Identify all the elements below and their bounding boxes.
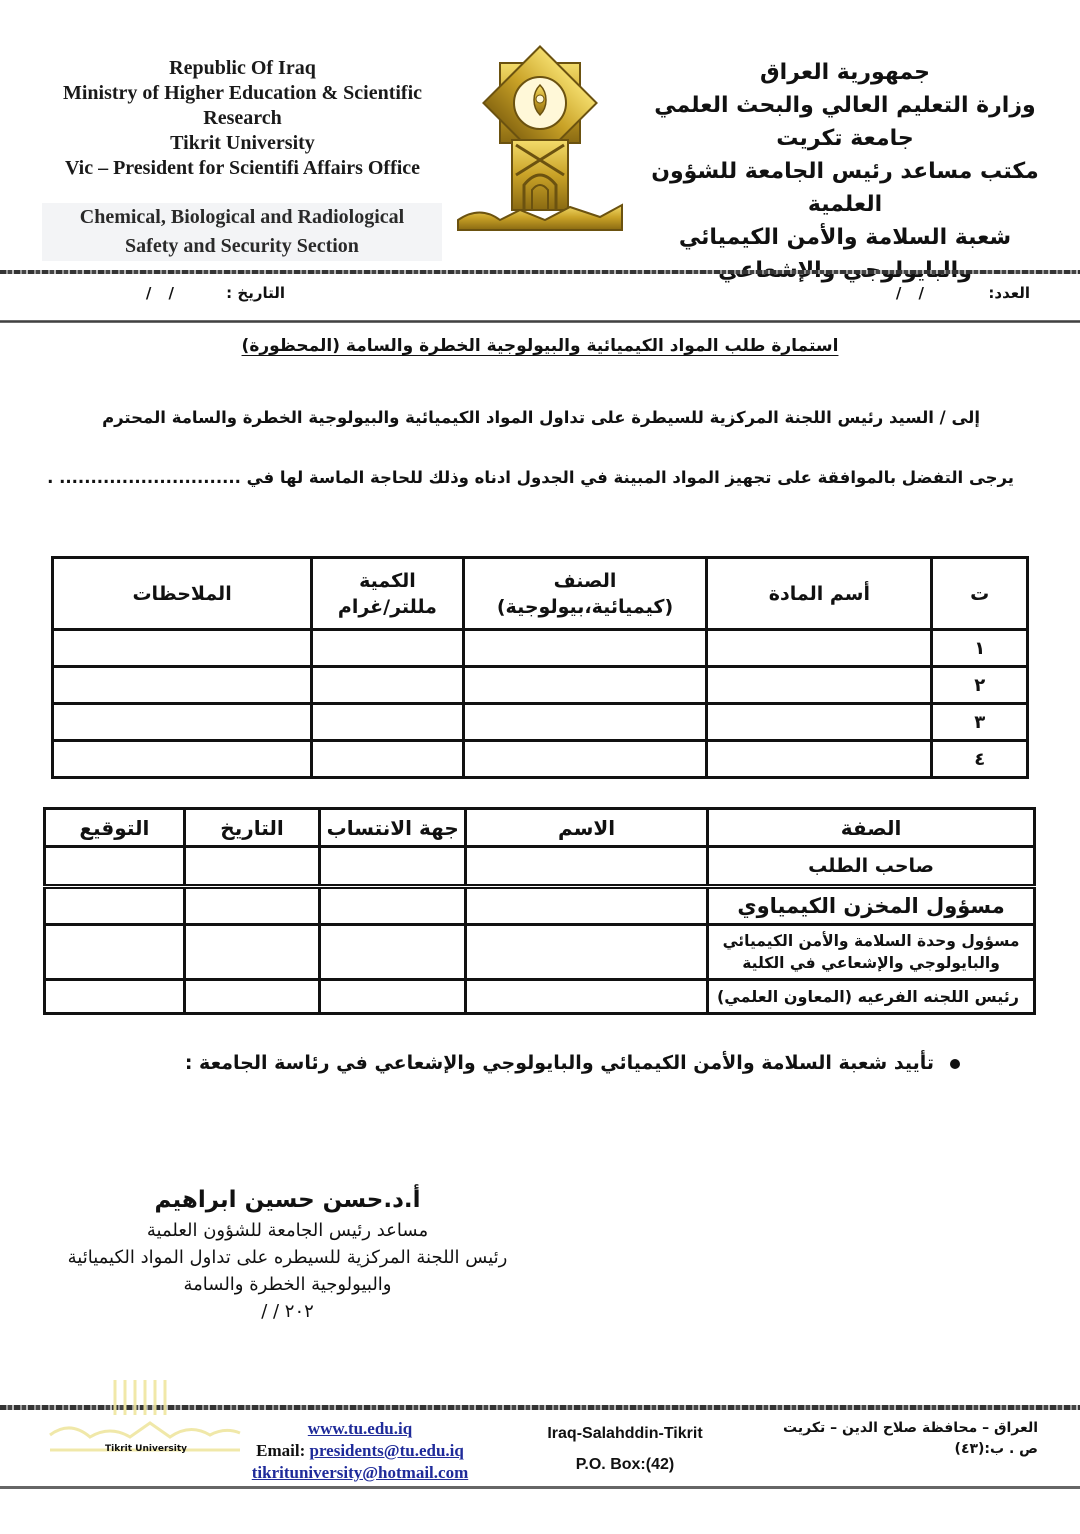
col-signature: التوقيع (45, 809, 185, 847)
col-name: الاسم (466, 809, 708, 847)
quantity-cell[interactable] (312, 704, 464, 741)
affiliation-cell[interactable] (320, 887, 466, 925)
signatory-name: أ.د.حسن حسين ابراهيم (40, 1183, 535, 1217)
role-line2: والبايولوجي والإشعاعي في الكلية (709, 952, 1033, 974)
letterhead-line: Ministry of Higher Education & Scientifi… (40, 81, 445, 106)
col-category-line1: الصنف (465, 568, 706, 594)
letterhead-line: Vic – President for Scientifi Affairs Of… (40, 156, 445, 181)
endorsement-item: تأييد شعبة السلامة والأمن الكيميائي والب… (185, 1052, 960, 1074)
affiliation-cell[interactable] (320, 847, 466, 887)
po-box: P.O. Box:(42) (520, 1449, 730, 1480)
date-cell[interactable] (184, 925, 320, 980)
email-link-presidents[interactable]: presidents@tu.edu.iq (309, 1441, 463, 1460)
endorsement-text: تأييد شعبة السلامة والأمن الكيميائي والب… (185, 1052, 934, 1074)
quantity-cell[interactable] (312, 630, 464, 667)
signatory-title: رئيس اللجنة المركزية للسيطره على تداول ا… (40, 1244, 535, 1271)
col-quantity-line1: الكمية (313, 568, 462, 594)
category-cell[interactable] (463, 704, 707, 741)
col-role: الصفة (708, 809, 1035, 847)
university-logo-icon (450, 45, 628, 245)
address-line: العراق – محافظة صلاح الدين – تكريت (783, 1418, 1038, 1439)
table-row: ٣ (53, 704, 1028, 741)
table-row: ٤ (53, 741, 1028, 778)
reference-divider (0, 320, 1080, 323)
quantity-cell[interactable] (312, 667, 464, 704)
signatory-title: والبيولوجية الخطرة والسامة (40, 1271, 535, 1298)
role-college-safety-officer: مسؤول وحدة السلامة والأمن الكيميائي والب… (708, 925, 1035, 980)
row-seq: ٤ (932, 741, 1028, 778)
footer-address-english: Iraq-Salahddin-Tikrit P.O. Box:(42) (520, 1418, 730, 1480)
form-title: استمارة طلب المواد الكيميائية والبيولوجي… (0, 336, 1080, 356)
date-label: التاريخ : (226, 284, 285, 302)
table-row: رئيس اللجنه الفرعيه (المعاون العلمي) (45, 980, 1035, 1014)
name-cell[interactable] (466, 980, 708, 1014)
row-seq: ٣ (932, 704, 1028, 741)
col-material-name: أسم المادة (707, 558, 932, 630)
letterhead-line: Tikrit University (40, 131, 445, 156)
email-link-hotmail[interactable]: tikrituniversity@hotmail.com (252, 1463, 468, 1482)
date-cell[interactable] (184, 847, 320, 887)
letterhead-line: جامعة تكريت (630, 122, 1060, 155)
signature-cell[interactable] (45, 887, 185, 925)
material-name-cell[interactable] (707, 704, 932, 741)
category-cell[interactable] (463, 667, 707, 704)
material-name-cell[interactable] (707, 630, 932, 667)
col-date: التاريخ (184, 809, 320, 847)
table-row: ١ (53, 630, 1028, 667)
footer-bottom-rule (0, 1486, 1080, 1489)
email-label: Email: (256, 1441, 305, 1460)
letterhead-line: جمهورية العراق (630, 56, 1060, 89)
section-name-box: Chemical, Biological and Radiological Sa… (42, 203, 442, 261)
footer-contact: www.tu.edu.iq Email: presidents@tu.edu.i… (240, 1418, 480, 1484)
letterhead-line: مكتب مساعد رئيس الجامعة للشؤون العلمية (630, 155, 1060, 221)
bullet-icon (950, 1059, 960, 1069)
section-line: Chemical, Biological and Radiological (42, 203, 442, 232)
role-chemical-store-officer: مسؤول المخزن الكيمياوي (708, 887, 1035, 925)
website-link[interactable]: www.tu.edu.iq (308, 1419, 412, 1438)
materials-table: ت أسم المادة الصنف (كيميائية،بيولوجية) ا… (51, 556, 1029, 779)
role-requester: صاحب الطلب (708, 847, 1035, 887)
table-row: مسؤول المخزن الكيمياوي (45, 887, 1035, 925)
letterhead-line: Research (40, 106, 445, 131)
row-seq: ١ (932, 630, 1028, 667)
letterhead-line: شعبة السلامة والأمن الكيميائي (630, 221, 1060, 254)
footer-logo-caption: Tikrit University (105, 1444, 187, 1454)
affiliation-cell[interactable] (320, 980, 466, 1014)
addressee-line: إلى / السيد رئيس اللجنة المركزية للسيطرة… (102, 408, 980, 427)
date-cell[interactable] (184, 887, 320, 925)
approvals-header-row: الصفة الاسم جهة الانتساب التاريخ التوقيع (45, 809, 1035, 847)
form-title-text: استمارة طلب المواد الكيميائية والبيولوجي… (242, 336, 839, 356)
col-category-line2: (كيميائية،بيولوجية) (465, 594, 706, 620)
arabic-letterhead: جمهورية العراق وزارة التعليم العالي والب… (630, 56, 1060, 287)
notes-cell[interactable] (53, 667, 312, 704)
notes-cell[interactable] (53, 741, 312, 778)
address-line: Iraq-Salahddin-Tikrit (520, 1418, 730, 1449)
notes-cell[interactable] (53, 630, 312, 667)
signature-cell[interactable] (45, 980, 185, 1014)
name-cell[interactable] (466, 887, 708, 925)
col-quantity: الكمية مللتر/غرام (312, 558, 464, 630)
table-row: مسؤول وحدة السلامة والأمن الكيميائي والب… (45, 925, 1035, 980)
section-line: Safety and Security Section (42, 232, 442, 261)
signature-cell[interactable] (45, 925, 185, 980)
quantity-cell[interactable] (312, 741, 464, 778)
role-line1: مسؤول وحدة السلامة والأمن الكيميائي (709, 930, 1033, 952)
material-name-cell[interactable] (707, 667, 932, 704)
name-cell[interactable] (466, 925, 708, 980)
materials-header-row: ت أسم المادة الصنف (كيميائية،بيولوجية) ا… (53, 558, 1028, 630)
request-text: يرجى التفضل بالموافقة على تجهيز المواد ا… (47, 468, 1014, 487)
date-cell[interactable] (184, 980, 320, 1014)
category-cell[interactable] (463, 630, 707, 667)
role-subcommittee-head: رئيس اللجنه الفرعيه (المعاون العلمي) (708, 980, 1035, 1014)
category-cell[interactable] (463, 741, 707, 778)
signature-cell[interactable] (45, 847, 185, 887)
notes-cell[interactable] (53, 704, 312, 741)
letterhead-line: Republic Of Iraq (40, 56, 445, 81)
signatory-date: ٢٠٢ / / (40, 1298, 535, 1325)
col-affiliation: جهة الانتساب (320, 809, 466, 847)
header-divider (0, 270, 1080, 274)
name-cell[interactable] (466, 847, 708, 887)
table-row: صاحب الطلب (45, 847, 1035, 887)
signatory-title: مساعد رئيس الجامعة للشؤون العلمية (40, 1217, 535, 1244)
row-seq: ٢ (932, 667, 1028, 704)
letterhead-line: وزارة التعليم العالي والبحث العلمي (630, 89, 1060, 122)
number-value[interactable]: / / (896, 284, 930, 302)
footer-address-arabic: العراق – محافظة صلاح الدين – تكريت ص . ب… (783, 1418, 1038, 1460)
date-value[interactable]: / / (146, 284, 180, 302)
col-category: الصنف (كيميائية،بيولوجية) (463, 558, 707, 630)
po-box: ص . ب:(٤٣) (783, 1439, 1038, 1460)
reference-row: العدد: / / التاريخ : / / (0, 280, 1080, 310)
affiliation-cell[interactable] (320, 925, 466, 980)
material-name-cell[interactable] (707, 741, 932, 778)
approvals-table: الصفة الاسم جهة الانتساب التاريخ التوقيع… (43, 807, 1036, 1015)
signature-block: أ.د.حسن حسين ابراهيم مساعد رئيس الجامعة … (40, 1183, 535, 1325)
number-label: العدد: (988, 284, 1030, 302)
col-seq: ت (932, 558, 1028, 630)
col-quantity-line2: مللتر/غرام (313, 594, 462, 620)
english-letterhead: Republic Of Iraq Ministry of Higher Educ… (40, 56, 445, 181)
table-row: ٢ (53, 667, 1028, 704)
col-notes: الملاحظات (53, 558, 312, 630)
